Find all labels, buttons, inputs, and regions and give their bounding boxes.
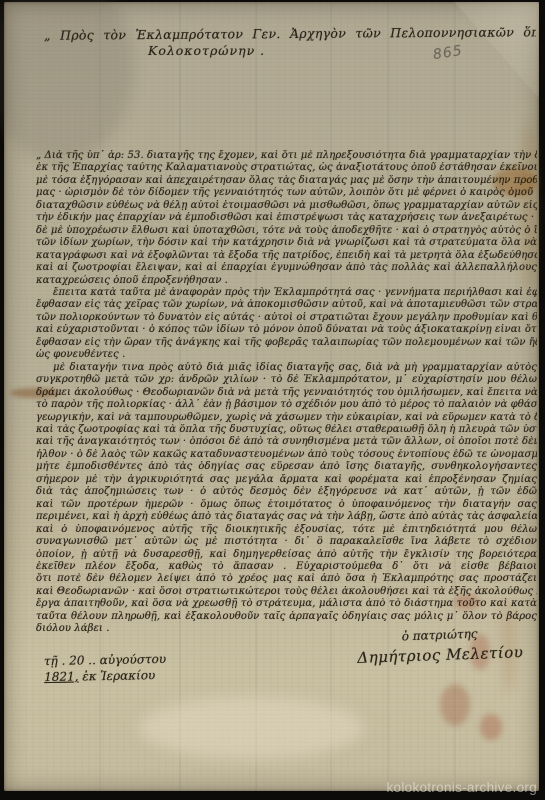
manuscript-line: καταχρεώσεις ὁποῦ ἐπροξενήθησαν .	[36, 275, 537, 287]
ink-stain	[480, 714, 502, 740]
manuscript-paper: „ Πρὸς τὸν Ἐκλαμπρότατον Γεν. Ἀρχηγὸν τῶ…	[4, 2, 539, 791]
manuscript-line: ὡς φονευθέντες .	[36, 349, 537, 361]
manuscript-line: σήμερον μὲ τὴν ἀγρικυριότητά σας μεγάλα …	[36, 474, 537, 486]
dateline-place: ἐκ Ἱερακίου	[78, 668, 155, 683]
manuscript-line: διὰ τὰς ἀποζημιώσεις των · ὁ αὐτὸς δεσμὸ…	[36, 486, 537, 498]
manuscript-line: περιμένει, καὶ ἡ ἀρχὴ εὐθέως ἀπὸ τὰς δια…	[36, 511, 537, 523]
manuscript-line: καὶ τῆς ἀναγκαιότητός των · ὁπόσοι δὲ ἀπ…	[36, 436, 537, 448]
signature-block: ὁ πατριώτης Δημήτριος Μελετίου	[348, 625, 531, 667]
manuscript-line: καὶ Θεοδωριανῶν · καὶ ὅσοι στρατιωτικώτε…	[36, 586, 537, 598]
manuscript-line: καὶ αἱ ζωοτροφίαι ἔλειψαν, καὶ αἱ ἐπαρχί…	[36, 262, 537, 274]
manuscript-line: ἦλθον · ὁ δὲ λαὸς τῶν κακῶς καταδυναστευ…	[36, 449, 537, 461]
archive-number: 865	[432, 43, 464, 63]
dateline-year: 1821,	[44, 669, 79, 684]
manuscript-line: γεωργικήν, καὶ νὰ ταμπουρωθῶμεν, χωρὶς ν…	[36, 412, 537, 424]
manuscript-line: μήτε ἐμποδισθέντες ἀπὸ τὰς ὁδηγίας σας ε…	[36, 461, 537, 473]
manuscript-line: καὶ τὰς ζωοτροφίας καὶ τὰ ὅπλα τῆς δυστυ…	[36, 424, 537, 436]
manuscript-line: δὲ μὲ ὑποχρέωσιν ἔλθωσι καὶ ὑποταχθῶσι, …	[36, 225, 537, 237]
manuscript-line: τῶν πολιορκούντων τὸ δυνατὸν εἰς αὐτάς ·…	[36, 312, 537, 324]
archive-watermark: kolokotronis-archive.org	[386, 780, 537, 795]
manuscript-line: μὲ διαταγήν τινα πρὸς αὐτὸ διὰ μιᾶς ἰδία…	[36, 362, 537, 374]
body-lines: „ Διὰ τῆς ὑπ᾽ ἀρ: 53. διαταγῆς της ἔχομε…	[36, 150, 537, 636]
letter-addressee-name: Κολοκοτρώνην .	[148, 43, 265, 58]
dateline-year-place: 1821, ἐκ Ἱερακίου	[44, 667, 167, 685]
manuscript-line: μας · ὡρισμὸν δὲ τὸν δίδομεν τῆς γενναιό…	[36, 187, 537, 199]
manuscript-line: ὁποίον, ᾗ αὐτῇ νὰ δυσαρεσθῇ, καὶ δημηγερ…	[36, 549, 537, 561]
paper-shade	[0, 0, 134, 162]
manuscript-line: ἐκ τῆς Ἐπαρχίας ταύτης Καλαματιανοὺς στρ…	[36, 162, 537, 174]
letter-addressee-line: „ Πρὸς τὸν Ἐκλαμπρότατον Γεν. Ἀρχηγὸν τῶ…	[44, 24, 536, 42]
manuscript-scan: „ Πρὸς τὸν Ἐκλαμπρότατον Γεν. Ἀρχηγὸν τῶ…	[0, 0, 545, 800]
manuscript-line: ταῦτα θέλουν πληρωθῇ, καὶ ἐξακολουθοῦν τ…	[36, 611, 537, 623]
manuscript-line: συγκροτηθῶ μετὰ τῶν χρ: ἀνδρῶν χιλίων · …	[36, 374, 537, 386]
manuscript-line: τὴν ἐδικήν μας ἐπαρχίαν νὰ ἐμποδισθῶσι κ…	[36, 212, 537, 224]
manuscript-line: ἔπειτα κατὰ ταῦτα μὲ ἀναφορὰν πρὸς τὴν Ἐ…	[36, 287, 537, 299]
manuscript-line: καὶ τῶν προτέρων ἡμερῶν · ὅμως ὅπως ἑτοι…	[36, 499, 537, 511]
manuscript-line: τὸ παρὸν τῆς πολιορκίας · ἀλλ᾽ ἐὰν ᾖ βάσ…	[36, 399, 537, 411]
manuscript-line: ἔργα ἀπαιτηθοῦν, καὶ ὅσα νὰ χρεωσθῇ τὸ σ…	[36, 598, 537, 610]
manuscript-line: καταγράφωσι καὶ νὰ ἐξοφλῶνται τὰ ἔξοδα τ…	[36, 250, 537, 262]
manuscript-line: καὶ ὁ ὑποφαινόμενος αὐτῆς τῆς διοικητικῆ…	[36, 524, 537, 536]
manuscript-line: ὅτι ποτὲ δὲν θέλομεν λείψει ἀπὸ τὸ χρέος…	[36, 573, 537, 585]
manuscript-line: καὶ εὐχαριστοῦνται · ὁ κόπος τῶν ἰδίων τ…	[36, 324, 537, 336]
manuscript-line: μὲ τόσα ἐξηγόρασαν καὶ ἀπεχαιρέτησαν ὅλα…	[36, 175, 537, 187]
manuscript-line: ἔφθασαν εἰς τὰς χεῖρας τῶν χωρίων, νὰ ἀπ…	[36, 299, 537, 311]
signature-name: Δημήτριος Μελετίου	[349, 643, 532, 667]
manuscript-line: „ Διὰ τῆς ὑπ᾽ ἀρ: 53. διαταγῆς της ἔχομε…	[36, 150, 537, 162]
paper-light-patch	[139, 697, 364, 759]
dateline: τῇ . 20 .. αὐγούστου 1821, ἐκ Ἱερακίου	[44, 651, 167, 685]
manuscript-line: διαταχθῶσιν εὐθέως νὰ θέλῃ αὐτοὶ ἑτοιμασ…	[36, 200, 537, 212]
manuscript-line: ἐκεῖθεν πλέον ἔξοδα, καθὼς τὸ ἅπασαν . Ε…	[36, 561, 537, 573]
manuscript-line: δράμει ἀκολούθως · Θεοδωριανῶν διὰ νὰ με…	[36, 387, 537, 399]
manuscript-line: συναγωνισθῶ μετ᾽ αὐτῶν ὡς μὲ πιστότητα ·…	[36, 536, 537, 548]
ink-stain	[440, 684, 470, 726]
manuscript-line: τῶν ἰδίων χωρίων, τὴν δόσιν καὶ τὴν κατά…	[36, 237, 537, 249]
manuscript-line: ἔφθασαν εἰς τὴν ὥραν τῆς ἀνάγκης καὶ τῆς…	[36, 337, 537, 349]
